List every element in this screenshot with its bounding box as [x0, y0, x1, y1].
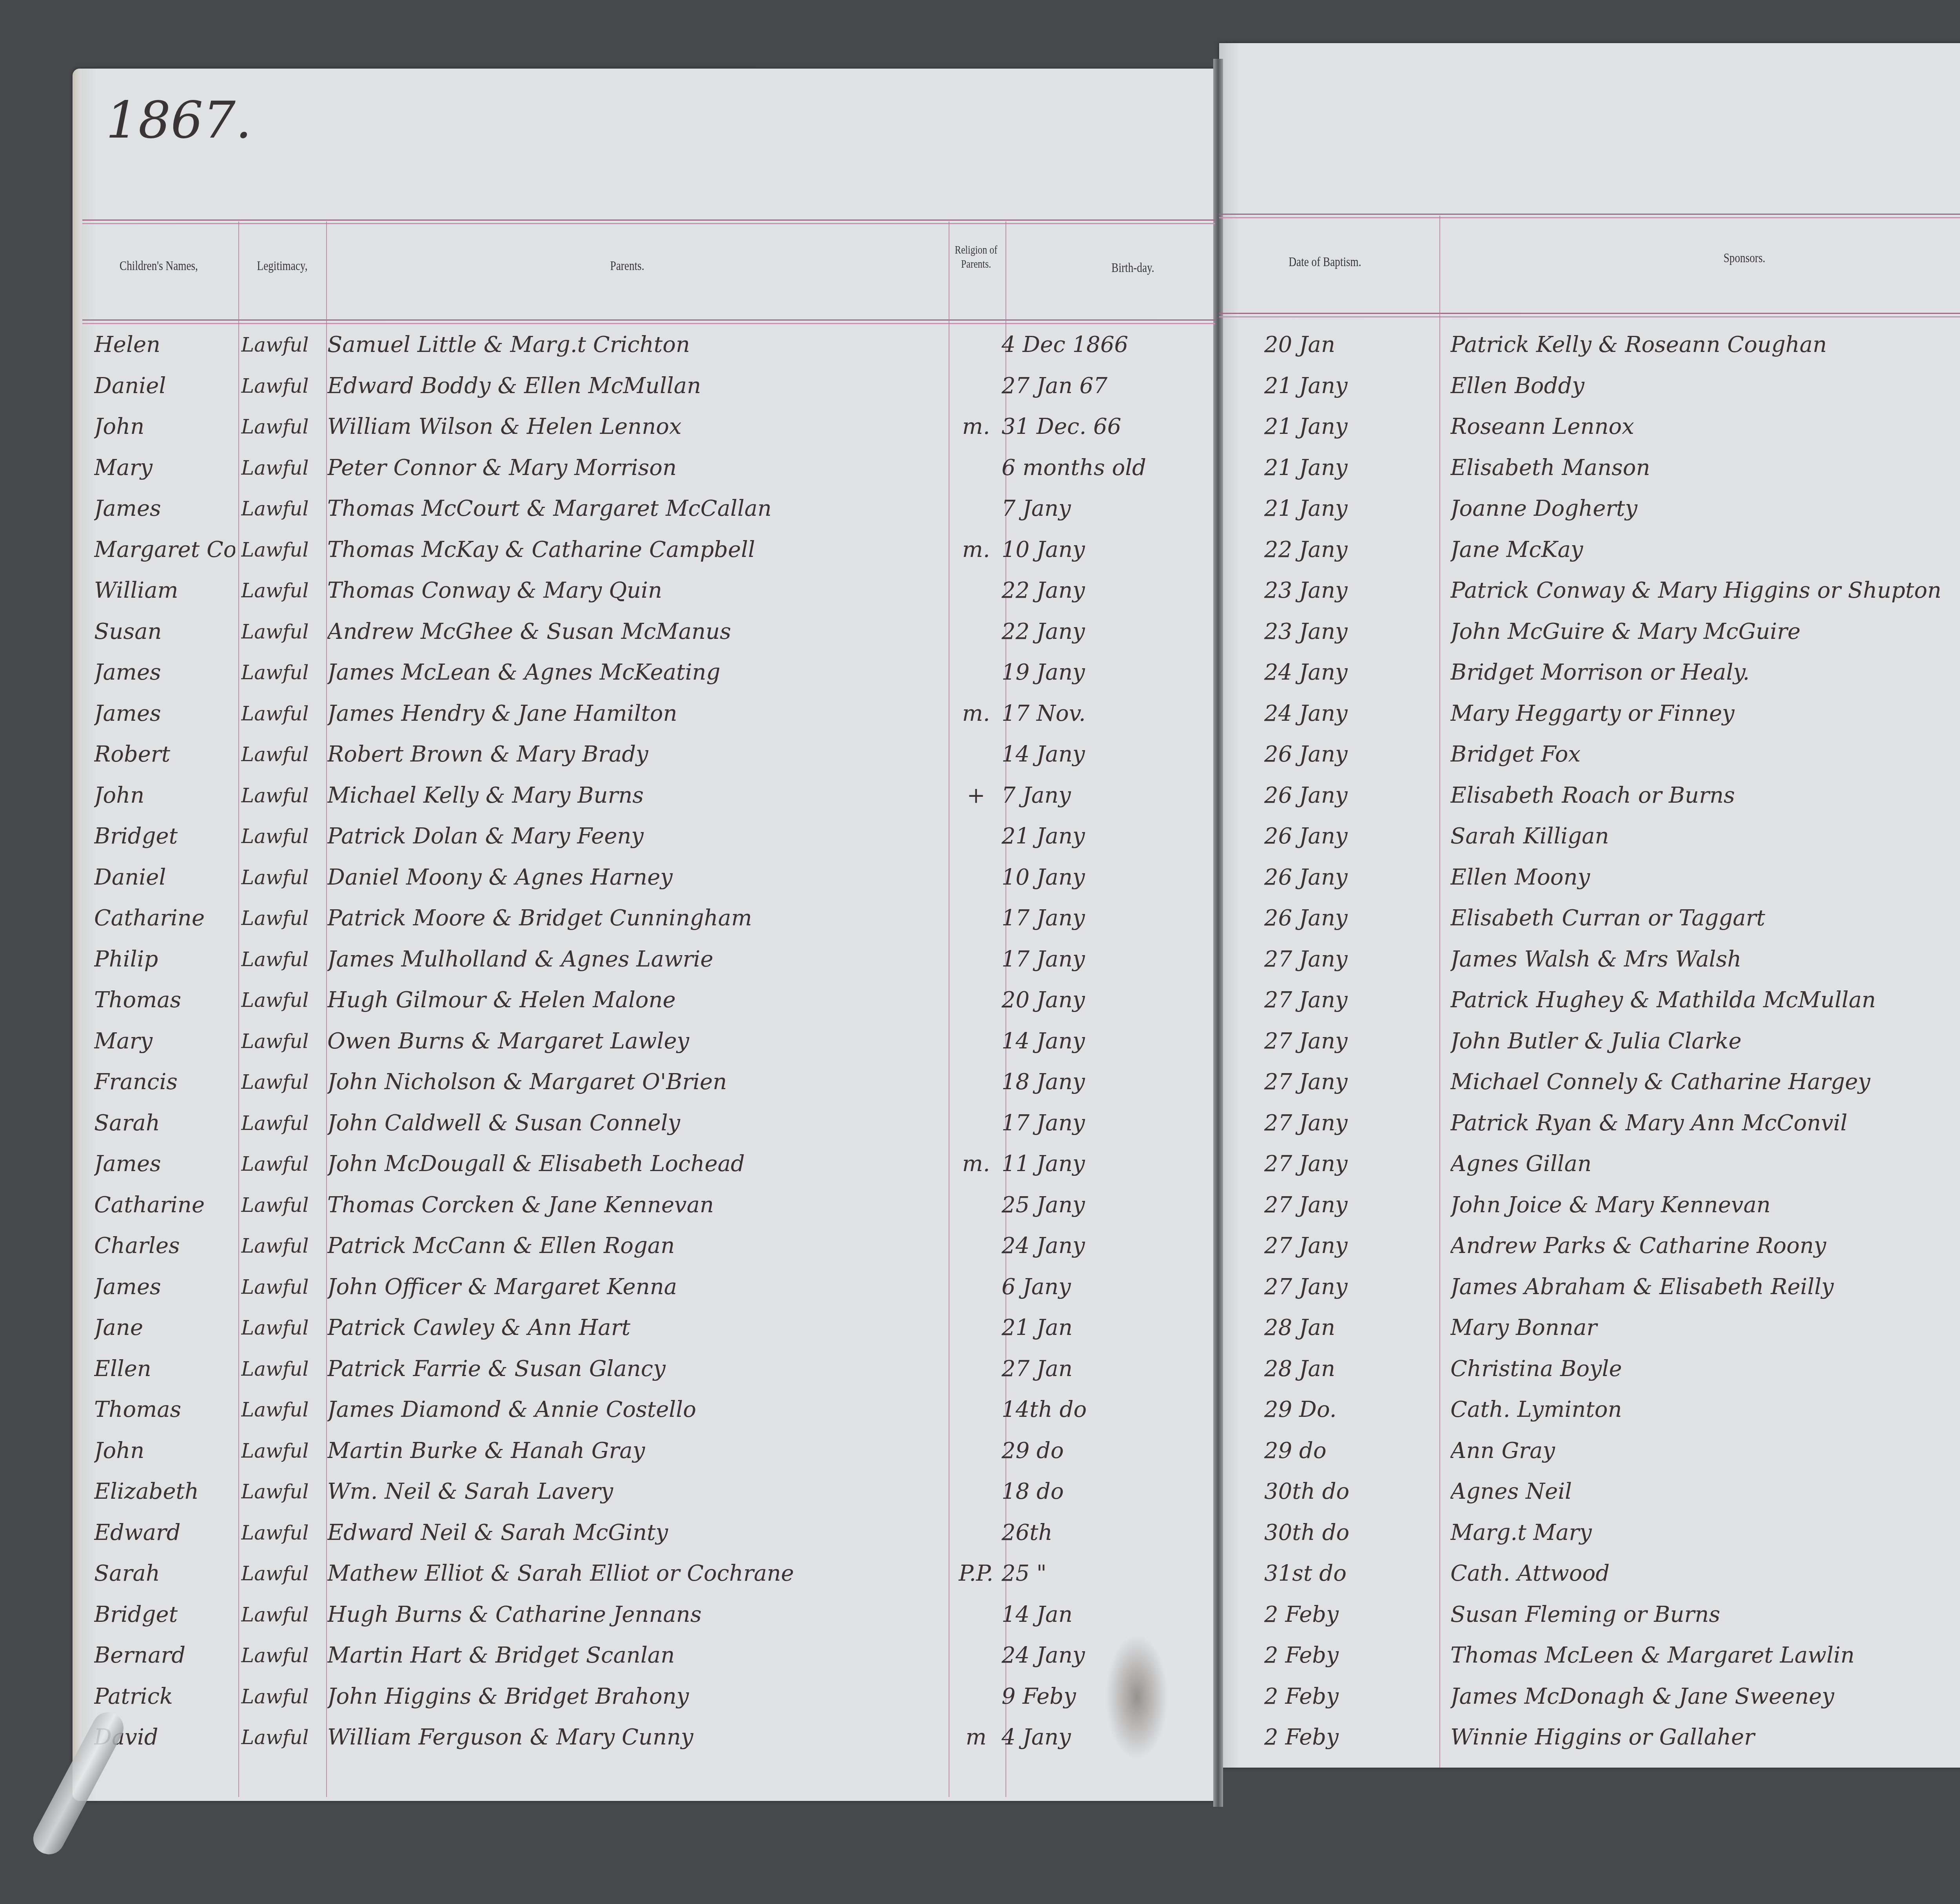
date-of-baptism: 23 Jany	[1264, 571, 1429, 610]
date-of-baptism: 31st do	[1264, 1554, 1429, 1593]
register-entry: BridgetLawfulHugh Burns & Catharine Jenn…	[0, 1595, 1960, 1634]
sponsors: Bridget Morrison or Healy.	[1450, 653, 1960, 692]
legitimacy: Lawful	[241, 407, 327, 446]
child-name: Sarah	[94, 1554, 235, 1593]
child-name: Patrick	[94, 1677, 235, 1716]
legitimacy: Lawful	[241, 1063, 327, 1102]
birth-day: 24 Jany	[1002, 1636, 1201, 1675]
religion-of-parents: m.	[949, 530, 1004, 569]
parents: William Wilson & Helen Lennox	[327, 407, 955, 446]
parents: Thomas Corcken & Jane Kennevan	[327, 1186, 955, 1225]
parents: Mathew Elliot & Sarah Elliot or Cochrane	[327, 1554, 955, 1593]
register-entry: JohnLawfulWilliam Wilson & Helen Lennoxm…	[0, 407, 1960, 446]
legitimacy: Lawful	[241, 1022, 327, 1061]
child-name: James	[94, 489, 235, 528]
birth-day: 22 Jany	[1002, 571, 1201, 610]
legitimacy: Lawful	[241, 735, 327, 774]
child-name: William	[94, 571, 235, 610]
date-of-baptism: 26 Jany	[1264, 817, 1429, 856]
sponsors: Mary Heggarty or Finney	[1450, 694, 1960, 733]
legitimacy: Lawful	[241, 612, 327, 651]
parents: Peter Connor & Mary Morrison	[327, 448, 955, 488]
birth-day: 7 Jany	[1002, 489, 1201, 528]
birth-day: 17 Jany	[1002, 899, 1201, 938]
register-entry: ElizabethLawfulWm. Neil & Sarah Lavery18…	[0, 1472, 1960, 1511]
date-of-baptism: 26 Jany	[1264, 776, 1429, 815]
parents: James Diamond & Annie Costello	[327, 1390, 955, 1429]
legitimacy: Lawful	[241, 1513, 327, 1552]
date-of-baptism: 2 Feby	[1264, 1595, 1429, 1634]
sponsors: Marg.t Mary	[1450, 1513, 1960, 1552]
sponsors: Cath. Lyminton	[1450, 1390, 1960, 1429]
birth-day: 6 Jany	[1002, 1268, 1201, 1307]
legitimacy: Lawful	[241, 653, 327, 692]
child-name: Bridget	[94, 817, 235, 856]
birth-day: 4 Jany	[1002, 1718, 1201, 1757]
register-entry: MaryLawfulOwen Burns & Margaret Lawley14…	[0, 1022, 1960, 1061]
parents: Thomas Conway & Mary Quin	[327, 571, 955, 610]
date-of-baptism: 2 Feby	[1264, 1677, 1429, 1716]
legitimacy: Lawful	[241, 1595, 327, 1634]
date-of-baptism: 29 do	[1264, 1431, 1429, 1471]
register-entry: RobertLawfulRobert Brown & Mary Brady14 …	[0, 735, 1960, 774]
date-of-baptism: 21 Jany	[1264, 448, 1429, 488]
register-entry: CatharineLawfulThomas Corcken & Jane Ken…	[0, 1186, 1960, 1225]
child-name: Catharine	[94, 899, 235, 938]
legitimacy: Lawful	[241, 899, 327, 938]
birth-day: 27 Jan 67	[1002, 366, 1201, 406]
parents: Patrick McCann & Ellen Rogan	[327, 1226, 955, 1266]
legitimacy: Lawful	[241, 940, 327, 979]
parents: John Officer & Margaret Kenna	[327, 1268, 955, 1307]
parents: Hugh Gilmour & Helen Malone	[327, 981, 955, 1020]
register-entry: DavidLawfulWilliam Ferguson & Mary Cunny…	[0, 1718, 1960, 1757]
parents: Michael Kelly & Mary Burns	[327, 776, 955, 815]
child-name: Catharine	[94, 1186, 235, 1225]
birth-day: 7 Jany	[1002, 776, 1201, 815]
register-entry: CatharineLawfulPatrick Moore & Bridget C…	[0, 899, 1960, 938]
parents: John Caldwell & Susan Connely	[327, 1104, 955, 1143]
sponsors: Ellen Moony	[1450, 858, 1960, 897]
date-of-baptism: 27 Jany	[1264, 1104, 1429, 1143]
date-of-baptism: 27 Jany	[1264, 1186, 1429, 1225]
date-of-baptism: 30th do	[1264, 1513, 1429, 1552]
parents: Wm. Neil & Sarah Lavery	[327, 1472, 955, 1511]
parents: Daniel Moony & Agnes Harney	[327, 858, 955, 897]
legitimacy: Lawful	[241, 1226, 327, 1266]
religion-of-parents: m.	[949, 407, 1004, 446]
legitimacy: Lawful	[241, 1308, 327, 1347]
sponsors: Cath. Attwood	[1450, 1554, 1960, 1593]
birth-day: 10 Jany	[1002, 530, 1201, 569]
sponsors: Elisabeth Manson	[1450, 448, 1960, 488]
birth-day: 25 Jany	[1002, 1186, 1201, 1225]
birth-day: 9 Feby	[1002, 1677, 1201, 1716]
legitimacy: Lawful	[241, 1718, 327, 1757]
register-entry: MaryLawfulPeter Connor & Mary Morrison6 …	[0, 448, 1960, 488]
date-of-baptism: 26 Jany	[1264, 735, 1429, 774]
legitimacy: Lawful	[241, 325, 327, 364]
religion-of-parents: m.	[949, 1144, 1004, 1184]
date-of-baptism: 27 Jany	[1264, 1268, 1429, 1307]
register-entry: EllenLawfulPatrick Farrie & Susan Glancy…	[0, 1349, 1960, 1389]
date-of-baptism: 27 Jany	[1264, 981, 1429, 1020]
date-of-baptism: 21 Jany	[1264, 407, 1429, 446]
sponsors: Christina Boyle	[1450, 1349, 1960, 1389]
birth-day: 11 Jany	[1002, 1144, 1201, 1184]
date-of-baptism: 24 Jany	[1264, 694, 1429, 733]
religion-of-parents: P.P.	[949, 1554, 1004, 1593]
register-entry: ThomasLawfulHugh Gilmour & Helen Malone2…	[0, 981, 1960, 1020]
birth-day: 10 Jany	[1002, 858, 1201, 897]
parents: Edward Neil & Sarah McGinty	[327, 1513, 955, 1552]
parents: Patrick Farrie & Susan Glancy	[327, 1349, 955, 1389]
date-of-baptism: 21 Jany	[1264, 489, 1429, 528]
header-children-names: Children's Names,	[102, 259, 215, 274]
legitimacy: Lawful	[241, 1186, 327, 1225]
child-name: James	[94, 653, 235, 692]
sponsors: Joanne Dogherty	[1450, 489, 1960, 528]
birth-day: 14 Jan	[1002, 1595, 1201, 1634]
parents: Thomas McKay & Catharine Campbell	[327, 530, 955, 569]
date-of-baptism: 30th do	[1264, 1472, 1429, 1511]
parents: Patrick Cawley & Ann Hart	[327, 1308, 955, 1347]
parents: John McDougall & Elisabeth Lochead	[327, 1144, 955, 1184]
child-name: Francis	[94, 1063, 235, 1102]
legitimacy: Lawful	[241, 1390, 327, 1429]
child-name: Thomas	[94, 1390, 235, 1429]
religion-of-parents: +	[949, 776, 1004, 815]
register-entry: WilliamLawfulThomas Conway & Mary Quin22…	[0, 571, 1960, 610]
parents: John Higgins & Bridget Brahony	[327, 1677, 955, 1716]
sponsors: Agnes Gillan	[1450, 1144, 1960, 1184]
date-of-baptism: 21 Jany	[1264, 366, 1429, 406]
legitimacy: Lawful	[241, 981, 327, 1020]
header-date-of-baptism: Date of Baptism.	[1262, 255, 1388, 270]
child-name: Bridget	[94, 1595, 235, 1634]
child-name: James	[94, 1144, 235, 1184]
header-bottom-rule	[82, 319, 1215, 324]
register-year: 1867.	[106, 90, 252, 150]
legitimacy: Lawful	[241, 530, 327, 569]
date-of-baptism: 20 Jan	[1264, 325, 1429, 364]
register-entry: PatrickLawfulJohn Higgins & Bridget Brah…	[0, 1677, 1960, 1716]
birth-day: 26th	[1002, 1513, 1201, 1552]
child-name: Elizabeth	[94, 1472, 235, 1511]
register-entry: JamesLawfulJames Hendry & Jane Hamiltonm…	[0, 694, 1960, 733]
sponsors: Elisabeth Curran or Taggart	[1450, 899, 1960, 938]
date-of-baptism: 28 Jan	[1264, 1308, 1429, 1347]
birth-day: 14 Jany	[1002, 1022, 1201, 1061]
header-religion-of-parents: Religion of Parents.	[948, 243, 1004, 271]
sponsors: Elisabeth Roach or Burns	[1450, 776, 1960, 815]
sponsors: Agnes Neil	[1450, 1472, 1960, 1511]
register-entry: FrancisLawfulJohn Nicholson & Margaret O…	[0, 1063, 1960, 1102]
header-legitimacy: Legitimacy,	[245, 259, 320, 274]
legitimacy: Lawful	[241, 694, 327, 733]
sponsors: Sarah Killigan	[1450, 817, 1960, 856]
sponsors: James McDonagh & Jane Sweeney	[1450, 1677, 1960, 1716]
date-of-baptism: 24 Jany	[1264, 653, 1429, 692]
legitimacy: Lawful	[241, 1472, 327, 1511]
parents: John Nicholson & Margaret O'Brien	[327, 1063, 955, 1102]
sponsors: John McGuire & Mary McGuire	[1450, 612, 1960, 651]
register-entry: BernardLawfulMartin Hart & Bridget Scanl…	[0, 1636, 1960, 1675]
sponsors: Ann Gray	[1450, 1431, 1960, 1471]
legitimacy: Lawful	[241, 817, 327, 856]
child-name: John	[94, 776, 235, 815]
birth-day: 21 Jan	[1002, 1308, 1201, 1347]
legitimacy: Lawful	[241, 448, 327, 488]
sponsors: Susan Fleming or Burns	[1450, 1595, 1960, 1634]
child-name: James	[94, 1268, 235, 1307]
date-of-baptism: 27 Jany	[1264, 940, 1429, 979]
register-entry: Margaret CookLawfulThomas McKay & Cathar…	[0, 530, 1960, 569]
parents: Edward Boddy & Ellen McMullan	[327, 366, 955, 406]
child-name: John	[94, 1431, 235, 1471]
date-of-baptism: 2 Feby	[1264, 1636, 1429, 1675]
date-of-baptism: 27 Jany	[1264, 1022, 1429, 1061]
child-name: John	[94, 407, 235, 446]
header-sponsors: Sponsors.	[1697, 251, 1791, 266]
child-name: Jane	[94, 1308, 235, 1347]
date-of-baptism: 23 Jany	[1264, 612, 1429, 651]
header-parents: Parents.	[564, 259, 690, 274]
child-name: James	[94, 694, 235, 733]
register-entry: JohnLawfulMartin Burke & Hanah Gray29 do…	[0, 1431, 1960, 1471]
register-entry: JamesLawfulThomas McCourt & Margaret McC…	[0, 489, 1960, 528]
birth-day: 4 Dec 1866	[1002, 325, 1201, 364]
register-entry: PhilipLawfulJames Mulholland & Agnes Law…	[0, 940, 1960, 979]
child-name: Charles	[94, 1226, 235, 1266]
date-of-baptism: 29 Do.	[1264, 1390, 1429, 1429]
religion-of-parents: m.	[949, 694, 1004, 733]
parents: James Hendry & Jane Hamilton	[327, 694, 955, 733]
header-birth-day: Birth-day.	[1089, 261, 1177, 276]
birth-day: 31 Dec. 66	[1002, 407, 1201, 446]
sponsors: John Butler & Julia Clarke	[1450, 1022, 1960, 1061]
sponsors: Patrick Kelly & Roseann Coughan	[1450, 325, 1960, 364]
header-top-rule-right	[1219, 214, 1960, 218]
sponsors: Roseann Lennox	[1450, 407, 1960, 446]
child-name: Mary	[94, 448, 235, 488]
date-of-baptism: 28 Jan	[1264, 1349, 1429, 1389]
register-entry: SarahLawfulJohn Caldwell & Susan Connely…	[0, 1104, 1960, 1143]
register-entry: JaneLawfulPatrick Cawley & Ann Hart21 Ja…	[0, 1308, 1960, 1347]
legitimacy: Lawful	[241, 776, 327, 815]
register-entry: DanielLawfulDaniel Moony & Agnes Harney1…	[0, 858, 1960, 897]
birth-day: 25 "	[1002, 1554, 1201, 1593]
child-name: Bernard	[94, 1636, 235, 1675]
legitimacy: Lawful	[241, 1268, 327, 1307]
birth-day: 22 Jany	[1002, 612, 1201, 651]
sponsors: James Walsh & Mrs Walsh	[1450, 940, 1960, 979]
date-of-baptism: 27 Jany	[1264, 1144, 1429, 1184]
legitimacy: Lawful	[241, 1349, 327, 1389]
birth-day: 18 do	[1002, 1472, 1201, 1511]
sponsors: John Joice & Mary Kennevan	[1450, 1186, 1960, 1225]
child-name: Mary	[94, 1022, 235, 1061]
header-bottom-rule-right	[1219, 313, 1960, 317]
date-of-baptism: 22 Jany	[1264, 530, 1429, 569]
parents: James Mulholland & Agnes Lawrie	[327, 940, 955, 979]
parents: Robert Brown & Mary Brady	[327, 735, 955, 774]
birth-day: 27 Jan	[1002, 1349, 1201, 1389]
header-top-rule	[82, 219, 1215, 224]
date-of-baptism: 27 Jany	[1264, 1226, 1429, 1266]
birth-day: 17 Jany	[1002, 1104, 1201, 1143]
legitimacy: Lawful	[241, 1431, 327, 1471]
parents: Andrew McGhee & Susan McManus	[327, 612, 955, 651]
parents: Owen Burns & Margaret Lawley	[327, 1022, 955, 1061]
parents: Patrick Dolan & Mary Feeny	[327, 817, 955, 856]
register-entry: SarahLawfulMathew Elliot & Sarah Elliot …	[0, 1554, 1960, 1593]
child-name: Susan	[94, 612, 235, 651]
parents: James McLean & Agnes McKeating	[327, 653, 955, 692]
child-name: Daniel	[94, 366, 235, 406]
birth-day: 20 Jany	[1002, 981, 1201, 1020]
date-of-baptism: 26 Jany	[1264, 899, 1429, 938]
sponsors: Patrick Conway & Mary Higgins or Shupton	[1450, 571, 1960, 610]
birth-day: 6 months old	[1002, 448, 1201, 488]
sponsors: James Abraham & Elisabeth Reilly	[1450, 1268, 1960, 1307]
register-entry: HelenLawfulSamuel Little & Marg.t Cricht…	[0, 325, 1960, 364]
register-entry: SusanLawfulAndrew McGhee & Susan McManus…	[0, 612, 1960, 651]
parents: Hugh Burns & Catharine Jennans	[327, 1595, 955, 1634]
register-entry: BridgetLawfulPatrick Dolan & Mary Feeny2…	[0, 817, 1960, 856]
birth-day: 14 Jany	[1002, 735, 1201, 774]
child-name: Sarah	[94, 1104, 235, 1143]
register-entry: DanielLawfulEdward Boddy & Ellen McMulla…	[0, 366, 1960, 406]
register-entry: JamesLawfulJohn Officer & Margaret Kenna…	[0, 1268, 1960, 1307]
child-name: Philip	[94, 940, 235, 979]
sponsors: Andrew Parks & Catharine Roony	[1450, 1226, 1960, 1266]
register-entry: JamesLawfulJames McLean & Agnes McKeatin…	[0, 653, 1960, 692]
sponsors: Thomas McLeen & Margaret Lawlin	[1450, 1636, 1960, 1675]
parents: Thomas McCourt & Margaret McCallan	[327, 489, 955, 528]
sponsors: Winnie Higgins or Gallaher	[1450, 1718, 1960, 1757]
birth-day: 24 Jany	[1002, 1226, 1201, 1266]
date-of-baptism: 27 Jany	[1264, 1063, 1429, 1102]
parents: Martin Hart & Bridget Scanlan	[327, 1636, 955, 1675]
legitimacy: Lawful	[241, 571, 327, 610]
sponsors: Ellen Boddy	[1450, 366, 1960, 406]
child-name: Robert	[94, 735, 235, 774]
legitimacy: Lawful	[241, 1144, 327, 1184]
legitimacy: Lawful	[241, 858, 327, 897]
sponsors: Bridget Fox	[1450, 735, 1960, 774]
register-entry: ThomasLawfulJames Diamond & Annie Costel…	[0, 1390, 1960, 1429]
parents: Patrick Moore & Bridget Cunningham	[327, 899, 955, 938]
legitimacy: Lawful	[241, 1104, 327, 1143]
date-of-baptism: 2 Feby	[1264, 1718, 1429, 1757]
legitimacy: Lawful	[241, 366, 327, 406]
birth-day: 21 Jany	[1002, 817, 1201, 856]
child-name: Helen	[94, 325, 235, 364]
register-entry: JohnLawfulMichael Kelly & Mary Burns+7 J…	[0, 776, 1960, 815]
ink-stain	[1105, 1634, 1168, 1760]
legitimacy: Lawful	[241, 1677, 327, 1716]
birth-day: 14th do	[1002, 1390, 1201, 1429]
date-of-baptism: 26 Jany	[1264, 858, 1429, 897]
register-entry: JamesLawfulJohn McDougall & Elisabeth Lo…	[0, 1144, 1960, 1184]
sponsors: Jane McKay	[1450, 530, 1960, 569]
birth-day: 18 Jany	[1002, 1063, 1201, 1102]
legitimacy: Lawful	[241, 1554, 327, 1593]
child-name: Margaret Cook	[94, 530, 235, 569]
birth-day: 17 Nov.	[1002, 694, 1201, 733]
religion-of-parents: m	[949, 1718, 1004, 1757]
register-entry: CharlesLawfulPatrick McCann & Ellen Roga…	[0, 1226, 1960, 1266]
birth-day: 19 Jany	[1002, 653, 1201, 692]
sponsors: Michael Connely & Catharine Hargey	[1450, 1063, 1960, 1102]
parents: Samuel Little & Marg.t Crichton	[327, 325, 955, 364]
child-name: Thomas	[94, 981, 235, 1020]
child-name: Ellen	[94, 1349, 235, 1389]
sponsors: Patrick Hughey & Mathilda McMullan	[1450, 981, 1960, 1020]
child-name: Edward	[94, 1513, 235, 1552]
sponsors: Patrick Ryan & Mary Ann McConvil	[1450, 1104, 1960, 1143]
birth-day: 17 Jany	[1002, 940, 1201, 979]
sponsors: Mary Bonnar	[1450, 1308, 1960, 1347]
legitimacy: Lawful	[241, 1636, 327, 1675]
child-name: Daniel	[94, 858, 235, 897]
birth-day: 29 do	[1002, 1431, 1201, 1471]
legitimacy: Lawful	[241, 489, 327, 528]
parents: William Ferguson & Mary Cunny	[327, 1718, 955, 1757]
parents: Martin Burke & Hanah Gray	[327, 1431, 955, 1471]
register-entry: EdwardLawfulEdward Neil & Sarah McGinty2…	[0, 1513, 1960, 1552]
